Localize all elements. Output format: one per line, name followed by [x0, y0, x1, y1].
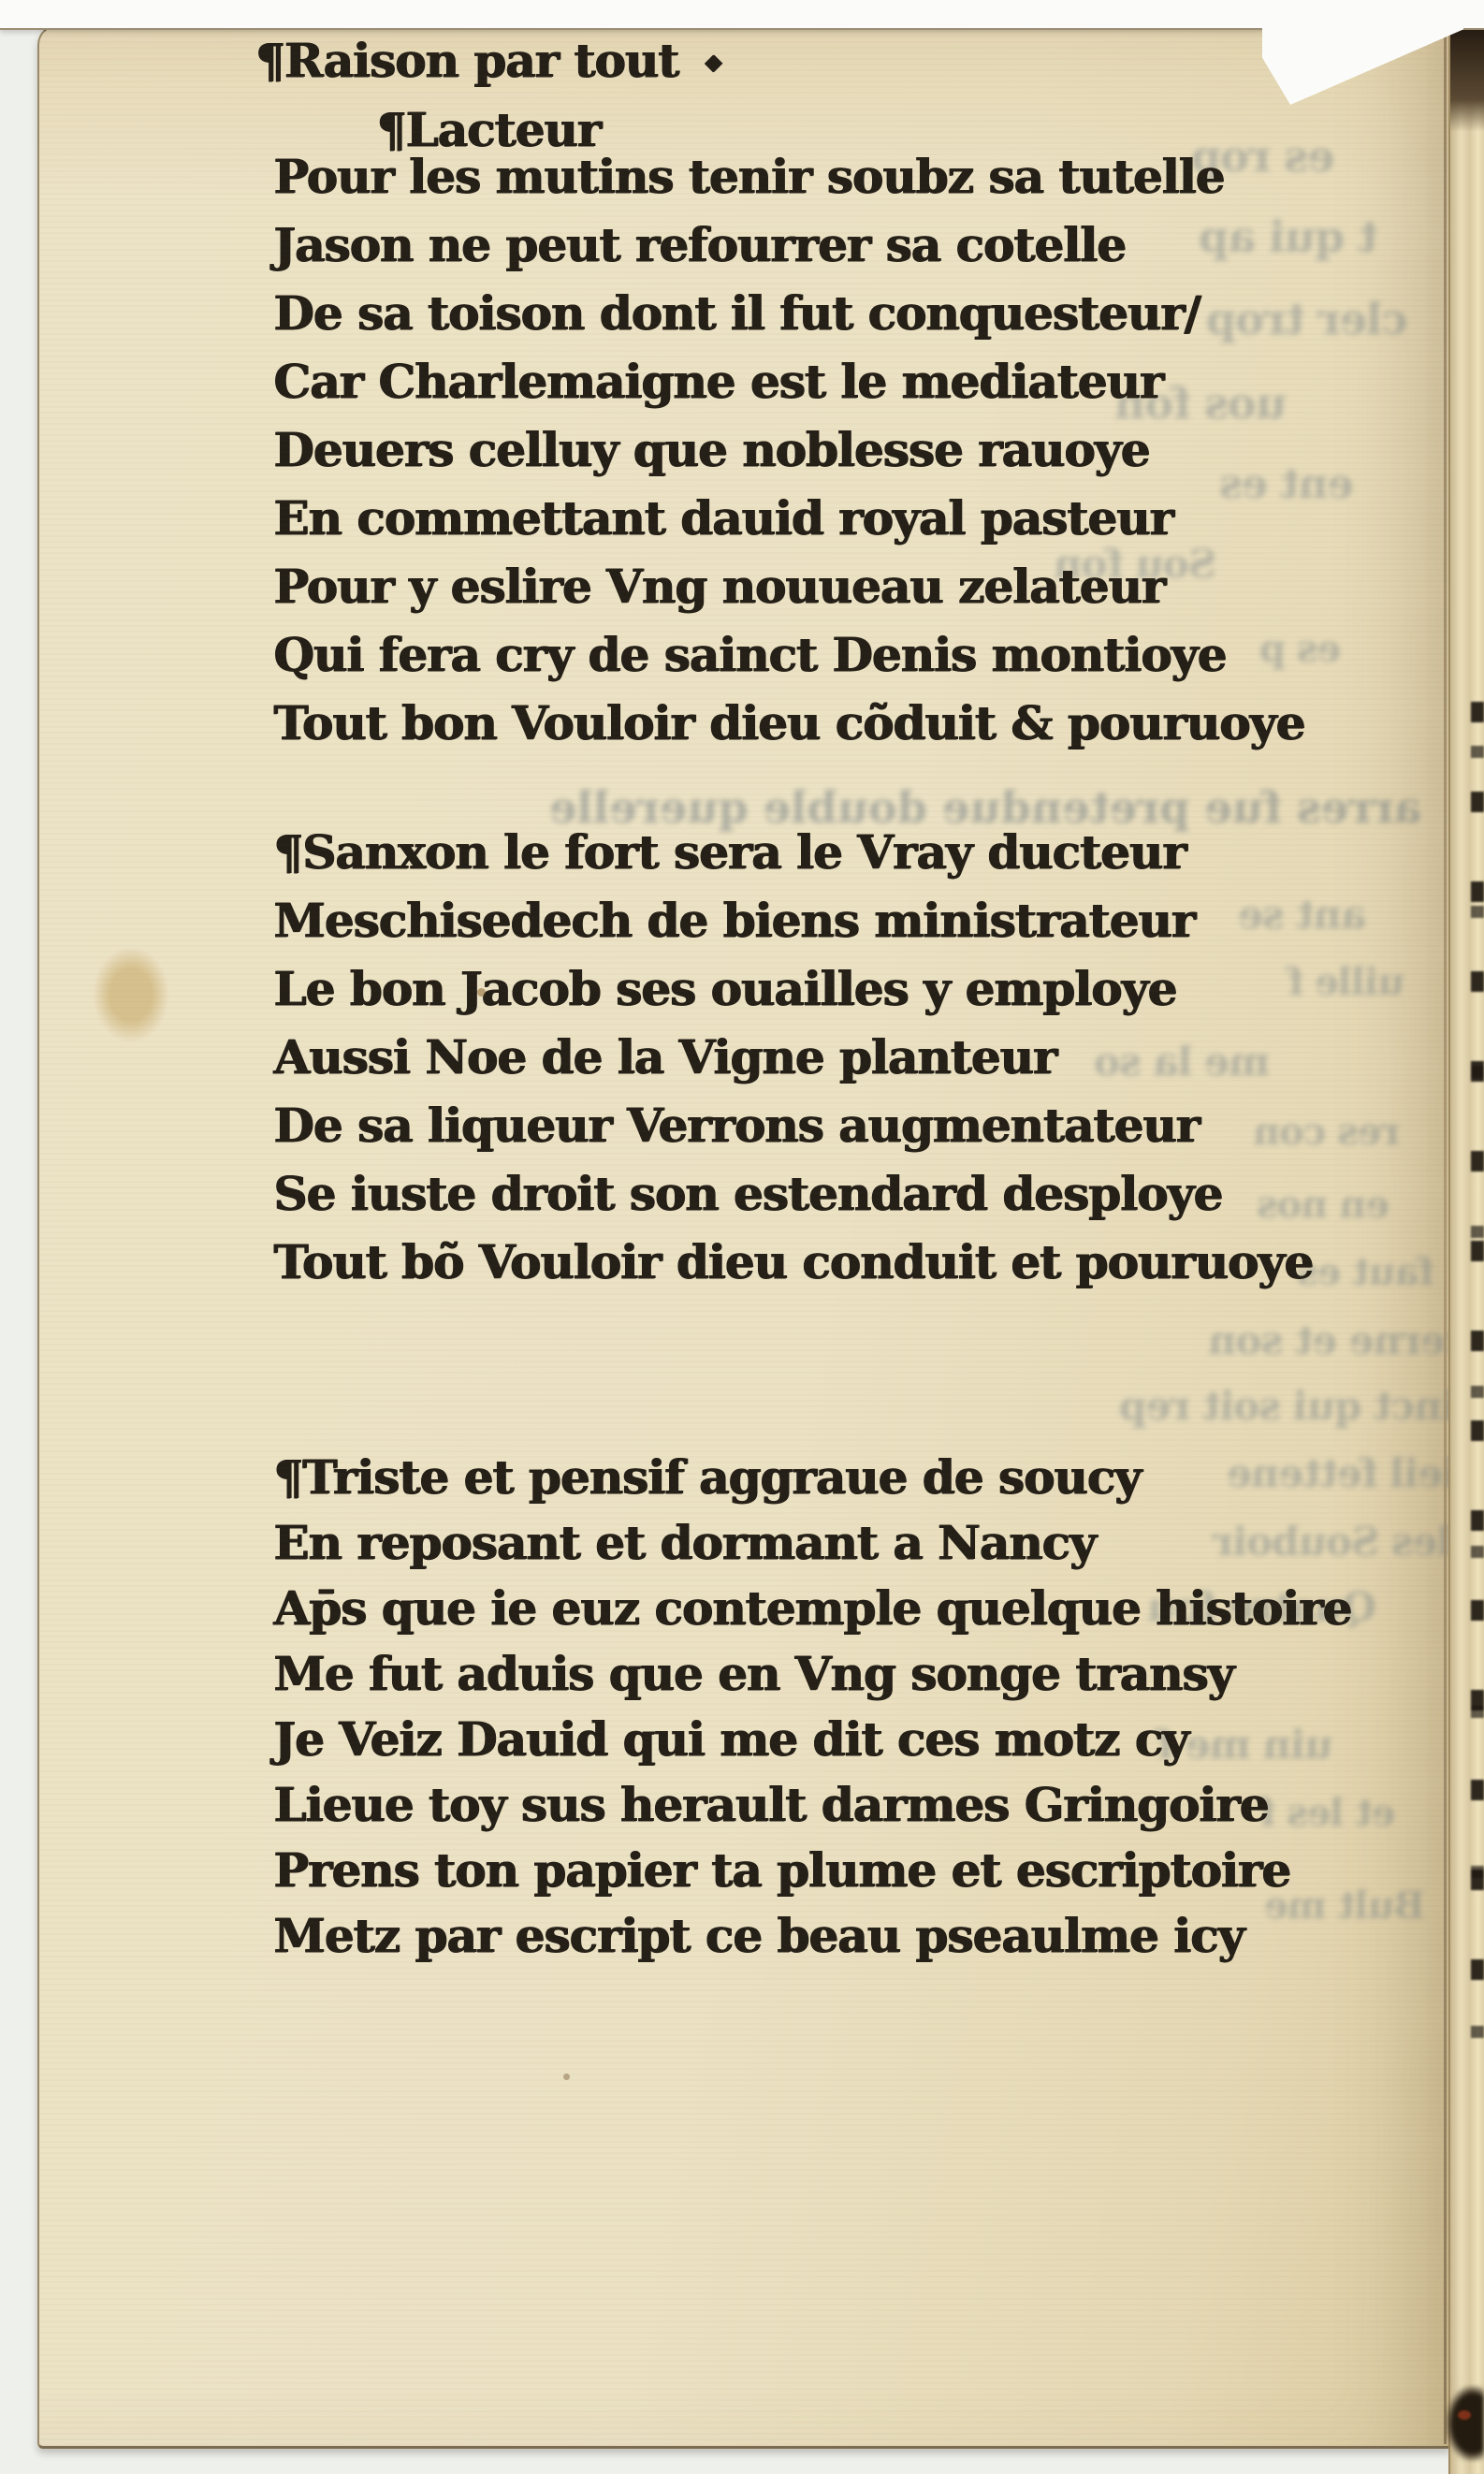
- verse-line: Metz par escript ce beau pseaulme icy: [273, 1903, 1351, 1969]
- verse-line: De sa liqueur Verrons augmentateur: [273, 1091, 1313, 1159]
- bleedthrough-text: Sainct qui soit rep: [1120, 1383, 1484, 1429]
- verse-line: Pour y eslire Vng nouueau zelateur: [273, 552, 1304, 620]
- verse-line: Le bon Jacob ses ouailles y employe: [273, 954, 1313, 1023]
- overlapping-sheet: [0, 0, 1484, 30]
- ink-speck: [477, 988, 486, 997]
- stanza-3: ¶Triste et pensif aggraue de soucy En re…: [273, 1445, 1351, 1969]
- stanza-2: ¶Sanxon le fort sera le Vray ducteur Mes…: [273, 818, 1313, 1296]
- verse-line: Se iuste droit son estendard desploye: [273, 1159, 1313, 1228]
- verse-line: Tout bõ Vouloir dieu conduit et pouruoye: [273, 1228, 1313, 1296]
- heading-text: ¶Raison par tout: [255, 33, 678, 88]
- verse-line: Ap̄s que ie euz contemple quelque histoi…: [273, 1576, 1351, 1641]
- diamond-ornament-icon: ◆: [705, 48, 721, 75]
- bleedthrough-text: faut es: [1298, 1250, 1434, 1294]
- verse-line: ¶Sanxon le fort sera le Vray ducteur: [273, 818, 1313, 886]
- binding-shadow-bottom: [1447, 2386, 1484, 2461]
- verse-line: En reposant et dormant a Nancy: [273, 1510, 1351, 1576]
- verse-line: Lieue toy sus herault darmes Gringoire: [273, 1772, 1351, 1838]
- verse-line: Deuers celluy que noblesse rauoye: [273, 415, 1304, 484]
- book-scan: arres fue pretendue double querelle es r…: [0, 0, 1484, 2474]
- bleedthrough-text: cerne et son: [1209, 1317, 1468, 1363]
- foxing-stain: [94, 948, 168, 1041]
- verse-line: Tout bon Vouloir dieu cõduit & pouruoye: [273, 689, 1304, 757]
- verse-line: Aussi Noe de la Vigne planteur: [273, 1023, 1313, 1091]
- verse-line: En commettant dauid royal pasteur: [273, 484, 1304, 552]
- edge-print-fragments: [1471, 674, 1484, 2040]
- verse-line: Pour les mutins tenir soubz sa tutelle: [273, 142, 1304, 211]
- verse-line: Meschisedech de biens ministrateur: [273, 886, 1313, 954]
- verse-line: Me fut aduis que en Vng songe transy: [273, 1641, 1351, 1707]
- stanza-1: Pour les mutins tenir soubz sa tutelle J…: [273, 142, 1304, 757]
- verse-line: Car Charlemaigne est le mediateur: [273, 347, 1304, 415]
- binding-shadow-top: [1450, 24, 1484, 132]
- verse-line: Prens ton papier ta plume et escriptoire: [273, 1838, 1351, 1903]
- book-page: arres fue pretendue double querelle es r…: [37, 24, 1450, 2449]
- verse-line: De sa toison dont il fut conquesteur/: [273, 279, 1304, 347]
- page-fold-line: [1444, 24, 1447, 2444]
- ink-speck: [563, 2074, 570, 2080]
- verse-line: ¶Triste et pensif aggraue de soucy: [273, 1445, 1351, 1510]
- verse-line: Jason ne peut refourrer sa cotelle: [273, 211, 1304, 279]
- red-speck: [1458, 2410, 1471, 2420]
- section-heading: ¶Raison par tout◆: [39, 26, 938, 95]
- verse-line: Qui fera cry de sainct Denis montioye: [273, 620, 1304, 689]
- verse-line: Je Veiz Dauid qui me dit ces motz cy: [273, 1707, 1351, 1772]
